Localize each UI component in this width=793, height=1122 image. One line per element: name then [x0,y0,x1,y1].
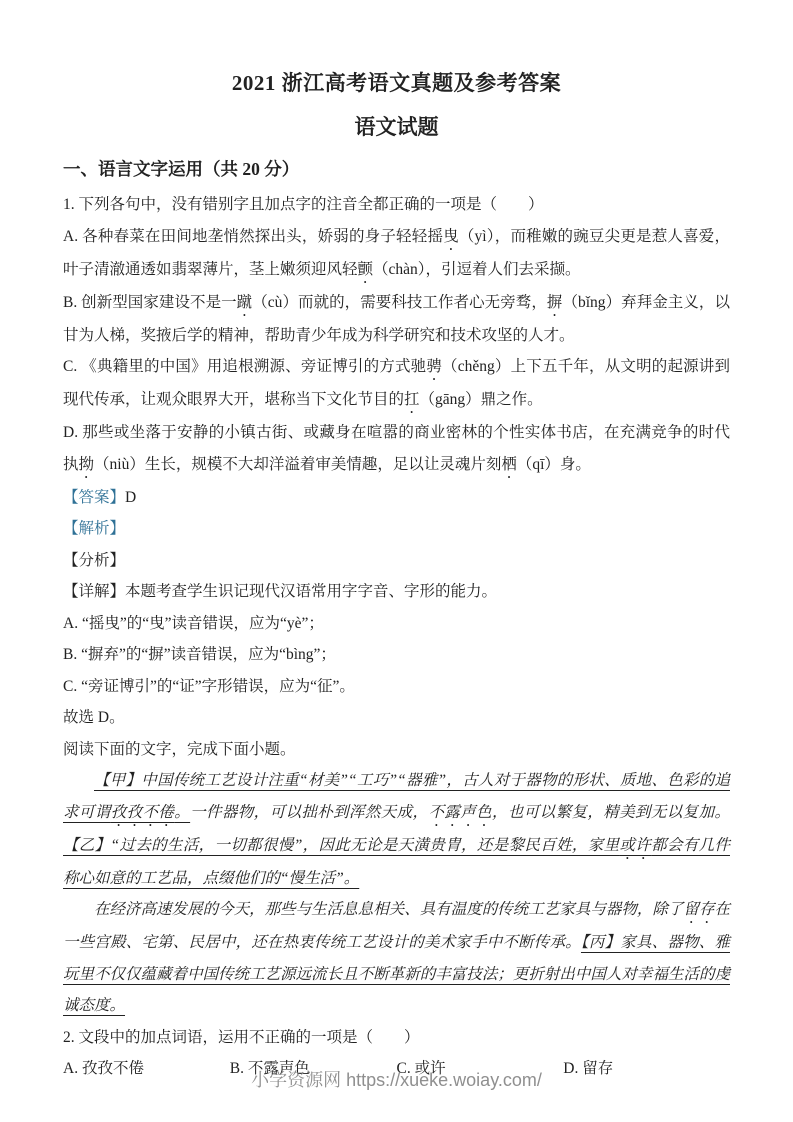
text-segment: （gāng）鼎之作。 [420,391,543,408]
text-segment: B. “摒弃”的“摒”读音错误，应为“bìng”； [63,646,336,663]
option-b: B. 创新型国家建设不是一蹴（cù）而就的，需要科技工作者心无旁骛，摒（bǐng… [63,287,730,352]
question-2: 2. 文段中的加点词语，运用不正确的一项是（ ） [63,1022,730,1054]
page-subtitle: 语文试题 [63,114,730,141]
text-segment: A. 各种春菜在田间地垄悄然探出头，娇弱的身子轻轻摇 [63,228,443,245]
text-segment: 拗 [79,456,95,473]
text-segment: 在经济高速发展的今天，那些与生活息息相关、具有温度的传统工艺家具与器物，除了 [94,901,683,918]
text-segment: A. “摇曳”的“曳”读音错误，应为“yè”； [63,615,324,632]
explain-b: B. “摒弃”的“摒”读音错误，应为“bìng”； [63,639,730,671]
page-title: 2021 浙江高考语文真题及参考答案 [63,70,730,97]
text-segment: 或许 [619,837,651,854]
text-segment: 栖 [501,456,517,473]
text-segment: 【乙】“过去的生活，一切都很慢”，因此无论是天潢贵胄，还是黎民百姓，家里 [63,837,619,854]
text-segment: 孜孜不倦 [111,804,175,821]
reading-instruction: 阅读下面的文字，完成下面小题。 [63,734,730,766]
text-segment: 摒 [547,294,563,311]
text-segment: ，也可以繁复，精美到无以复加。 [492,804,730,821]
passage-2: 在经济高速发展的今天，那些与生活息息相关、具有温度的传统工艺家具与器物，除了留存… [63,894,730,1022]
text-segment: 不露声色 [428,804,492,821]
text-segment: （cù）而就的，需要科技工作者心无旁骛， [252,294,547,311]
text-segment: 颤 [358,261,374,278]
text-segment: 骋 [426,358,442,375]
text-segment: （niù）生长，规模不大却洋溢着审美情趣，足以让灵魂片刻 [94,456,501,473]
text-segment: 2. 文段中的加点词语，运用不正确的一项是（ ） [63,1029,420,1046]
fenxi-label: 【分析】 [63,552,125,569]
exam-document-page: 2021 浙江高考语文真题及参考答案 语文试题 一、语言文字运用（共 20 分）… [0,0,793,1122]
answer-value: D [125,489,136,506]
passage-1: 【甲】中国传统工艺设计注重“材美”“工巧”“器雅”，古人对于器物的形状、质地、色… [63,765,730,894]
option-d: D. 那些或坐落于安静的小镇古街、或藏身在喧嚣的商业密林的个性实体书店，在充满竞… [63,417,730,482]
text-segment: C. “旁证博引”的“证”字形错误，应为“征”。 [63,678,355,695]
option-c: C. 《典籍里的中国》用追根溯源、旁证博引的方式驰骋（chěng）上下五千年，从… [63,351,730,417]
text-segment: 一件器物，可以拙朴到浑然天成， [190,804,428,821]
option-a: A. 各种春菜在田间地垄悄然探出头，娇弱的身子轻轻摇曳（yì），而稚嫩的豌豆尖更… [63,221,730,287]
text-segment: 故选 D。 [63,709,125,726]
text-segment: （qī）身。 [517,456,591,473]
question-1: 1. 下列各句中，没有错别字且加点字的注音全都正确的一项是（ ） [63,189,730,221]
text-segment: （chàn），引逗着人们去采撷。 [373,261,581,278]
explain-c: C. “旁证博引”的“证”字形错误，应为“征”。 [63,671,730,703]
text-segment: 【详解】本题考查学生识记现代汉语常用字字音、字形的能力。 [63,583,497,600]
jiexi-line: 【解析】 [63,513,730,545]
answer-line: 【答案】D [63,482,730,514]
section-heading: 一、语言文字运用（共 20 分） [63,157,730,181]
jiexi-label: 【解析】 [63,520,125,537]
text-segment: 蹴 [237,294,253,311]
fenxi-line: 【分析】 [63,545,730,577]
text-segment: 。 [174,804,190,821]
text-segment: B. 创新型国家建设不是一 [63,294,237,311]
conclusion-line: 故选 D。 [63,702,730,734]
text-segment: 1. 下列各句中，没有错别字且加点字的注音全都正确的一项是（ ） [63,196,544,213]
doc-body: 1. 下列各句中，没有错别字且加点字的注音全都正确的一项是（ ）A. 各种春菜在… [63,189,730,1085]
xiangjie-line: 【详解】本题考查学生识记现代汉语常用字字音、字形的能力。 [63,576,730,608]
text-segment: C. 《典籍里的中国》用追根溯源、旁证博引的方式驰 [63,358,426,375]
text-segment: 阅读下面的文字，完成下面小题。 [63,741,296,758]
text-segment: 曳 [443,228,459,245]
footer-watermark: 小学资源网 https://xueke.woiay.com/ [0,1068,793,1092]
explain-a: A. “摇曳”的“曳”读音错误，应为“yè”； [63,608,730,640]
text-segment: 扛 [404,391,420,408]
answer-label: 【答案】 [63,489,125,506]
text-segment: 留存 [683,901,714,918]
